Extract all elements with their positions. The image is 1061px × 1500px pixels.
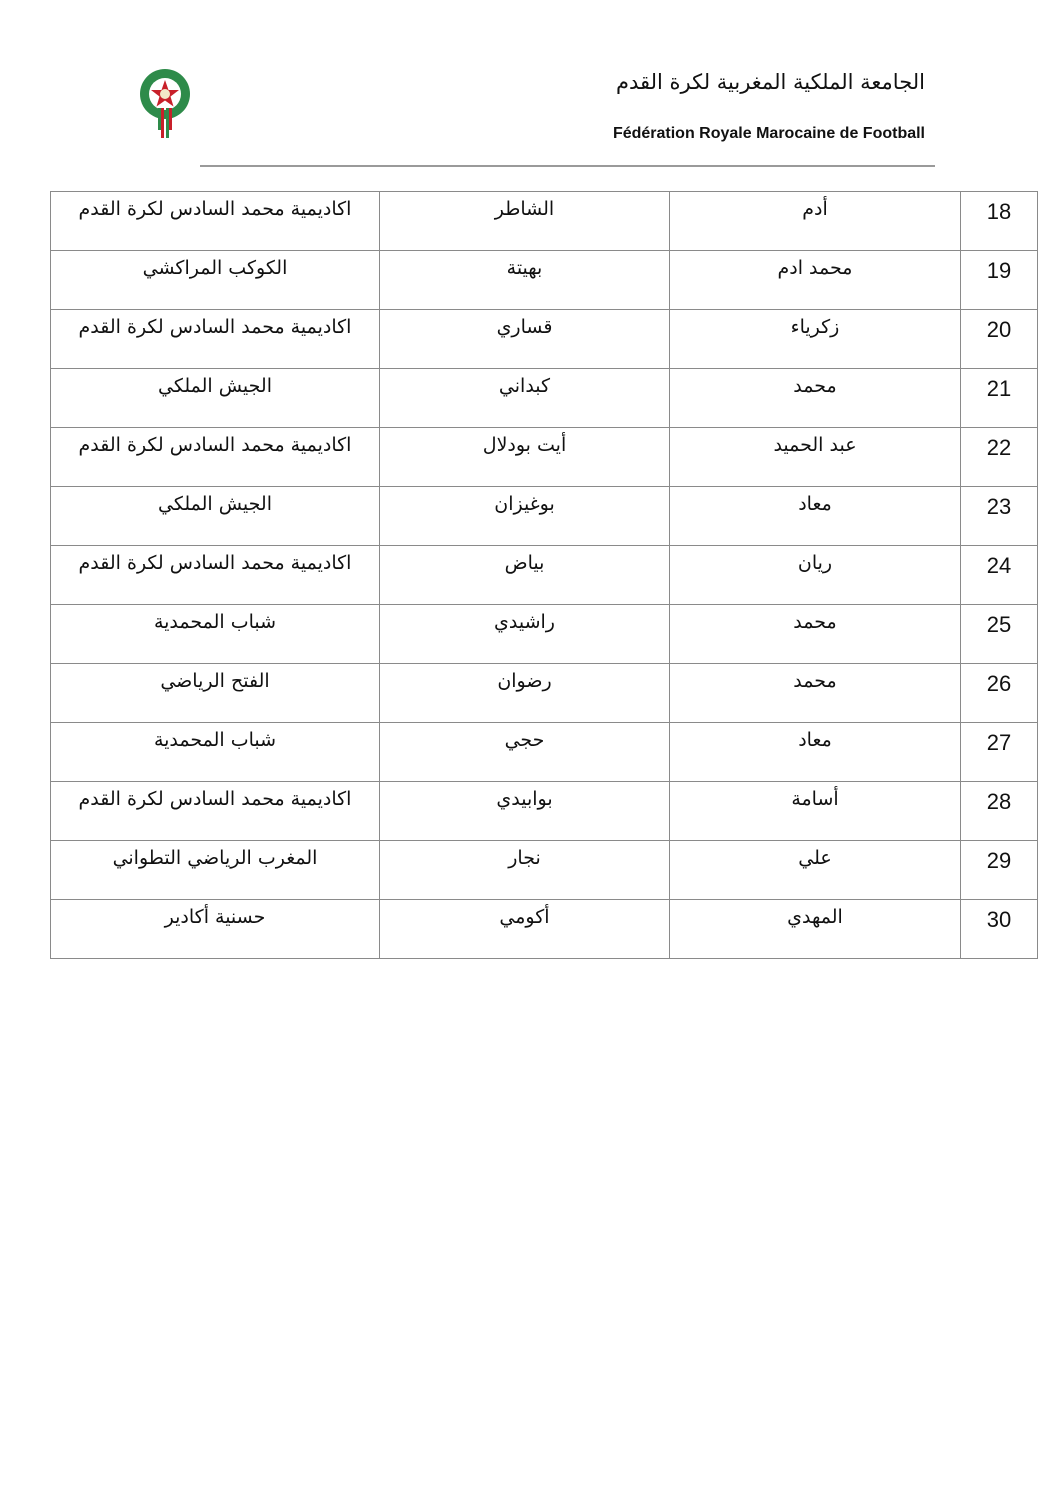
number-cell: 21 [961,369,1038,428]
last-name-cell: بوغيزان [380,487,670,546]
row-number: 28 [961,782,1037,813]
last-name-cell: نجار [380,841,670,900]
number-cell: 28 [961,782,1038,841]
first-name: محمد [670,664,960,691]
table-row: شباب المحمدية راشيدي محمد 25 [51,605,1038,664]
last-name: الشاطر [380,192,669,219]
last-name-cell: الشاطر [380,192,670,251]
last-name: قساري [380,310,669,337]
table-row: شباب المحمدية حجي معاد 27 [51,723,1038,782]
last-name: بوغيزان [380,487,669,514]
first-name: معاد [670,487,960,514]
frmf-crest-icon [137,68,193,140]
first-name-cell: أسامة [670,782,961,841]
row-number: 25 [961,605,1037,636]
row-number: 22 [961,428,1037,459]
last-name: نجار [380,841,669,868]
number-cell: 18 [961,192,1038,251]
number-cell: 23 [961,487,1038,546]
club-name: الكوكب المراكشي [51,251,379,278]
last-name: بهيتة [380,251,669,278]
table-row: اكاديمية محمد السادس لكرة القدم بياض ريا… [51,546,1038,605]
first-name-cell: معاد [670,723,961,782]
last-name: حجي [380,723,669,750]
club-cell: الكوكب المراكشي [51,251,380,310]
first-name: المهدي [670,900,960,927]
club-cell: شباب المحمدية [51,605,380,664]
club-name: اكاديمية محمد السادس لكرة القدم [51,546,379,573]
first-name: علي [670,841,960,868]
first-name-cell: محمد [670,369,961,428]
row-number: 26 [961,664,1037,695]
number-cell: 26 [961,664,1038,723]
table-row: اكاديمية محمد السادس لكرة القدم الشاطر أ… [51,192,1038,251]
first-name-cell: عبد الحميد [670,428,961,487]
first-name-cell: أدم [670,192,961,251]
club-name: حسنية أكادير [51,900,379,927]
header-divider [200,165,935,167]
first-name: أسامة [670,782,960,809]
club-name: اكاديمية محمد السادس لكرة القدم [51,782,379,809]
club-name: اكاديمية محمد السادس لكرة القدم [51,310,379,337]
club-cell: الجيش الملكي [51,369,380,428]
first-name: ريان [670,546,960,573]
last-name-cell: راشيدي [380,605,670,664]
club-name: الجيش الملكي [51,487,379,514]
table-row: حسنية أكادير أكومي المهدي 30 [51,900,1038,959]
table-row: اكاديمية محمد السادس لكرة القدم أيت بودل… [51,428,1038,487]
club-cell: المغرب الرياضي التطواني [51,841,380,900]
first-name-cell: محمد [670,664,961,723]
first-name: محمد [670,369,960,396]
club-name: الجيش الملكي [51,369,379,396]
first-name-cell: ريان [670,546,961,605]
club-name: الفتح الرياضي [51,664,379,691]
first-name: زكرياء [670,310,960,337]
federation-name-french: Fédération Royale Marocaine de Football [613,125,925,143]
row-number: 27 [961,723,1037,754]
first-name: معاد [670,723,960,750]
club-cell: اكاديمية محمد السادس لكرة القدم [51,310,380,369]
first-name-cell: محمد [670,605,961,664]
last-name-cell: أكومي [380,900,670,959]
last-name-cell: حجي [380,723,670,782]
table-row: اكاديمية محمد السادس لكرة القدم قساري زك… [51,310,1038,369]
last-name: راشيدي [380,605,669,632]
club-name: اكاديمية محمد السادس لكرة القدم [51,428,379,455]
number-cell: 25 [961,605,1038,664]
number-cell: 30 [961,900,1038,959]
last-name-cell: رضوان [380,664,670,723]
club-name: اكاديمية محمد السادس لكرة القدم [51,192,379,219]
table-row: اكاديمية محمد السادس لكرة القدم بوابيدي … [51,782,1038,841]
club-cell: الفتح الرياضي [51,664,380,723]
first-name: محمد [670,605,960,632]
club-cell: اكاديمية محمد السادس لكرة القدم [51,192,380,251]
club-name: المغرب الرياضي التطواني [51,841,379,868]
row-number: 19 [961,251,1037,282]
last-name: بوابيدي [380,782,669,809]
last-name: كبداني [380,369,669,396]
number-cell: 22 [961,428,1038,487]
first-name: عبد الحميد [670,428,960,455]
club-cell: اكاديمية محمد السادس لكرة القدم [51,428,380,487]
number-cell: 29 [961,841,1038,900]
last-name-cell: بوابيدي [380,782,670,841]
row-number: 23 [961,487,1037,518]
club-name: شباب المحمدية [51,723,379,750]
club-cell: الجيش الملكي [51,487,380,546]
last-name-cell: بياض [380,546,670,605]
row-number: 18 [961,192,1037,223]
first-name-cell: المهدي [670,900,961,959]
table-row: المغرب الرياضي التطواني نجار علي 29 [51,841,1038,900]
row-number: 21 [961,369,1037,400]
table-row: الجيش الملكي كبداني محمد 21 [51,369,1038,428]
row-number: 29 [961,841,1037,872]
first-name: أدم [670,192,960,219]
number-cell: 27 [961,723,1038,782]
first-name-cell: زكرياء [670,310,961,369]
last-name: أيت بودلال [380,428,669,455]
table-row: الفتح الرياضي رضوان محمد 26 [51,664,1038,723]
last-name: رضوان [380,664,669,691]
first-name-cell: معاد [670,487,961,546]
first-name-cell: محمد ادم [670,251,961,310]
federation-name-arabic: الجامعة الملكية المغربية لكرة القدم [616,70,925,94]
first-name: محمد ادم [670,251,960,278]
number-cell: 19 [961,251,1038,310]
last-name: بياض [380,546,669,573]
last-name-cell: أيت بودلال [380,428,670,487]
last-name: أكومي [380,900,669,927]
last-name-cell: بهيتة [380,251,670,310]
row-number: 20 [961,310,1037,341]
number-cell: 20 [961,310,1038,369]
player-roster-table: اكاديمية محمد السادس لكرة القدم الشاطر أ… [50,191,1038,959]
number-cell: 24 [961,546,1038,605]
last-name-cell: قساري [380,310,670,369]
club-cell: اكاديمية محمد السادس لكرة القدم [51,782,380,841]
club-cell: حسنية أكادير [51,900,380,959]
club-cell: اكاديمية محمد السادس لكرة القدم [51,546,380,605]
table-row: الجيش الملكي بوغيزان معاد 23 [51,487,1038,546]
club-name: شباب المحمدية [51,605,379,632]
row-number: 30 [961,900,1037,931]
club-cell: شباب المحمدية [51,723,380,782]
last-name-cell: كبداني [380,369,670,428]
row-number: 24 [961,546,1037,577]
first-name-cell: علي [670,841,961,900]
table-row: الكوكب المراكشي بهيتة محمد ادم 19 [51,251,1038,310]
